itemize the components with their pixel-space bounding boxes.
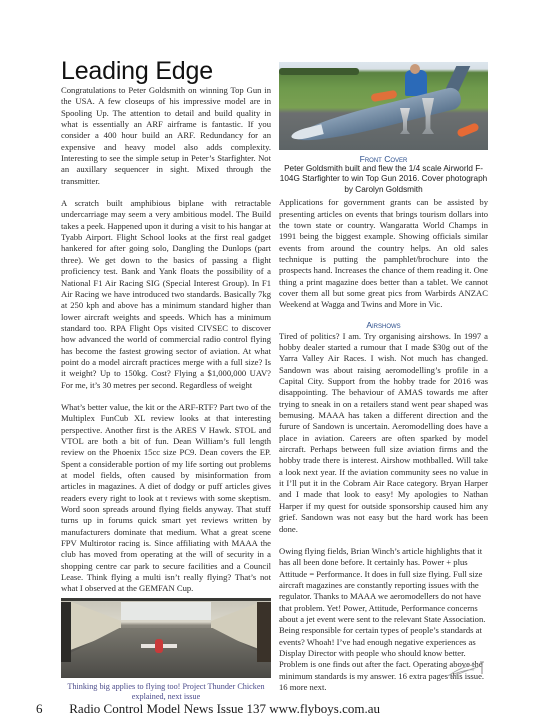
editor-signature-icon — [446, 660, 486, 680]
publication-info: Radio Control Model News Issue 137 www.f… — [69, 701, 380, 716]
cover-treeline — [279, 68, 359, 75]
cover-photo — [279, 62, 488, 150]
paragraph-value: What’s better value, the kit or the ARF-… — [61, 402, 271, 595]
paragraph-scratch-built: A scratch built amphibious biplane with … — [61, 198, 271, 391]
model-plane-body — [155, 639, 163, 653]
pilot-head — [410, 64, 420, 74]
cover-caption-text: Peter Goldsmith built and flew the 1/4 s… — [279, 164, 488, 195]
cover-caption-heading: Front Cover — [279, 154, 488, 164]
paragraph-airshows: Tired of politics? I am. Try organising … — [279, 331, 488, 535]
paragraph-grants: Applications for government grants can b… — [279, 197, 488, 310]
page-number: 6 — [36, 701, 66, 717]
airshows-heading: Airshows — [279, 320, 488, 331]
hangar-left-door — [61, 602, 71, 662]
jet-wingtip-right — [456, 122, 479, 138]
hangar-sky — [121, 602, 211, 620]
article-title: Leading Edge — [61, 58, 271, 84]
hangar-photo — [61, 598, 271, 678]
right-column: Front Cover Peter Goldsmith built and fl… — [279, 62, 488, 704]
page-footer: 6 Radio Control Model News Issue 137 www… — [36, 701, 380, 717]
jet-wingtip-left — [371, 90, 398, 102]
left-column: Leading Edge Congratulations to Peter Go… — [61, 58, 271, 702]
paragraph-intro: Congratulations to Peter Goldsmith on wi… — [61, 85, 271, 187]
hangar-photo-caption: Thinking big applies to flying too! Proj… — [61, 682, 271, 702]
hangar-right-door — [257, 602, 271, 662]
